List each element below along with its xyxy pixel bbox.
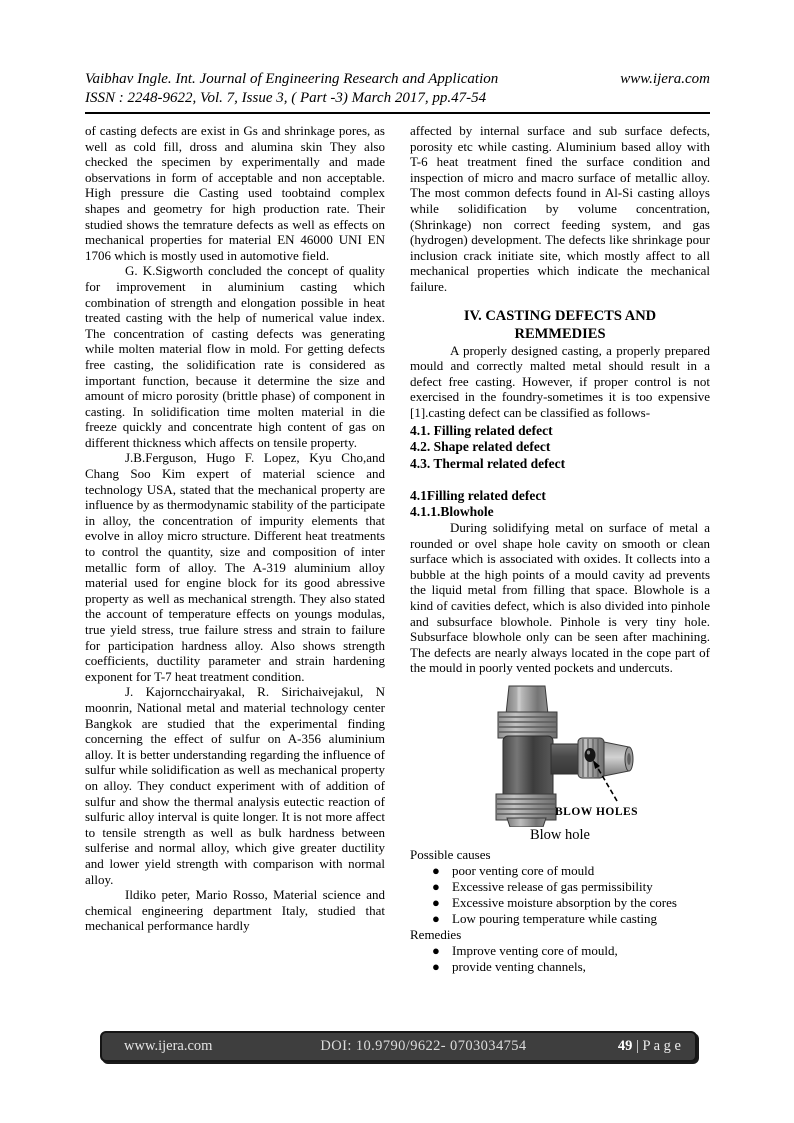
cause-item: Excessive moisture absorption by the cor… bbox=[452, 895, 710, 911]
paragraph: of casting defects are exist in Gs and s… bbox=[85, 123, 385, 263]
journal-title: Vaibhav Ingle. Int. Journal of Engineeri… bbox=[85, 70, 498, 89]
footer-bar: www.ijera.com DOI: 10.9790/9622- 0703034… bbox=[100, 1031, 697, 1062]
remedy-item: Improve venting core of mould, bbox=[452, 943, 710, 959]
cause-item: poor venting core of mould bbox=[452, 863, 710, 879]
section-heading-casting-defects: IV. CASTING DEFECTS AND REMMEDIES bbox=[410, 307, 710, 343]
paragraph: J.B.Ferguson, Hugo F. Lopez, Kyu Cho,and… bbox=[85, 450, 385, 684]
right-column: affected by internal surface and sub sur… bbox=[410, 123, 710, 975]
list-item: ● Excessive release of gas permissibilit… bbox=[410, 879, 710, 895]
bullet-icon: ● bbox=[432, 943, 452, 959]
paper-page: Vaibhav Ingle. Int. Journal of Engineeri… bbox=[0, 0, 794, 1123]
list-item: ● provide venting channels, bbox=[410, 959, 710, 975]
paragraph: G. K.Sigworth concluded the concept of q… bbox=[85, 263, 385, 450]
issn-line: ISSN : 2248-9622, Vol. 7, Issue 3, ( Par… bbox=[85, 89, 710, 108]
body-columns: of casting defects are exist in Gs and s… bbox=[85, 123, 710, 975]
bullet-icon: ● bbox=[432, 959, 452, 975]
paragraph: Ildiko peter, Mario Rosso, Material scie… bbox=[85, 887, 385, 934]
list-item: ● Low pouring temperature while casting bbox=[410, 911, 710, 927]
blowhole-casting-image: BLOW HOLES bbox=[479, 682, 641, 827]
causes-title: Possible causes bbox=[410, 847, 710, 863]
section-heading-line: IV. CASTING DEFECTS AND bbox=[410, 307, 710, 325]
defect-class-item: 4.2. Shape related defect bbox=[410, 439, 710, 456]
spacer bbox=[410, 472, 710, 488]
defect-class-item: 4.3. Thermal related defect bbox=[410, 456, 710, 473]
blowhole-figure: BLOW HOLES Blow hole bbox=[410, 682, 710, 844]
blowhole-annotation-label: BLOW HOLES bbox=[555, 806, 638, 818]
defect-class-list: 4.1. Filling related defect 4.2. Shape r… bbox=[410, 423, 710, 473]
defect-class-item: 4.1. Filling related defect bbox=[410, 423, 710, 440]
page-number: 49 bbox=[618, 1038, 633, 1054]
cause-item: Low pouring temperature while casting bbox=[452, 911, 710, 927]
blowhole-photo: BLOW HOLES bbox=[479, 682, 641, 827]
remedies-title: Remedies bbox=[410, 927, 710, 943]
bullet-icon: ● bbox=[432, 863, 452, 879]
bullet-icon: ● bbox=[432, 895, 452, 911]
footer-website: www.ijera.com bbox=[102, 1038, 292, 1055]
figure-caption: Blow hole bbox=[410, 827, 710, 844]
journal-header: Vaibhav Ingle. Int. Journal of Engineeri… bbox=[85, 70, 710, 89]
bullet-icon: ● bbox=[432, 879, 452, 895]
list-item: ● Excessive moisture absorption by the c… bbox=[410, 895, 710, 911]
list-item: ● Improve venting core of mould, bbox=[410, 943, 710, 959]
journal-website: www.ijera.com bbox=[620, 70, 710, 89]
page-word: | P a g e bbox=[636, 1038, 681, 1054]
left-column: of casting defects are exist in Gs and s… bbox=[85, 123, 385, 975]
footer-doi: DOI: 10.9790/9622- 0703034754 bbox=[292, 1038, 555, 1055]
subsection-heading-filling-defect: 4.1Filling related defect bbox=[410, 488, 710, 504]
paragraph: During solidifying metal on surface of m… bbox=[410, 520, 710, 676]
section-heading-line: REMMEDIES bbox=[410, 325, 710, 343]
cause-item: Excessive release of gas permissibility bbox=[452, 879, 710, 895]
paragraph: A properly designed casting, a properly … bbox=[410, 343, 710, 421]
list-item: ● poor venting core of mould bbox=[410, 863, 710, 879]
paragraph: affected by internal surface and sub sur… bbox=[410, 123, 710, 295]
remedy-item: provide venting channels, bbox=[452, 959, 710, 975]
footer-page-number: 49 | P a g e bbox=[555, 1038, 695, 1055]
subsection-heading-blowhole: 4.1.1.Blowhole bbox=[410, 504, 710, 520]
page-content: Vaibhav Ingle. Int. Journal of Engineeri… bbox=[85, 70, 710, 975]
header-divider bbox=[85, 112, 710, 114]
paragraph: J. Kajorncchairyakal, R. Sirichaivejakul… bbox=[85, 684, 385, 887]
bullet-icon: ● bbox=[432, 911, 452, 927]
